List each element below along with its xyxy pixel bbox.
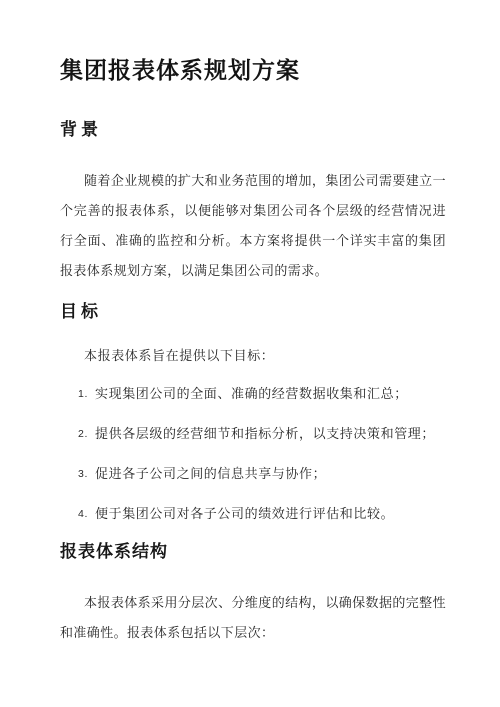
list-item: 3. 促进各子公司之间的信息共享与协作； bbox=[78, 464, 446, 484]
list-item-number: 2. bbox=[78, 424, 95, 444]
section-heading-goals: 目标 bbox=[60, 302, 446, 322]
list-item-text: 促进各子公司之间的信息共享与协作； bbox=[95, 464, 446, 484]
list-item-text: 提供各层级的经营细节和指标分析，以支持决策和管理； bbox=[95, 424, 446, 444]
list-item: 2. 提供各层级的经营细节和指标分析，以支持决策和管理； bbox=[78, 424, 446, 444]
list-item-number: 1. bbox=[78, 384, 95, 404]
section-heading-structure: 报表体系结构 bbox=[60, 542, 446, 562]
background-paragraph: 随着企业规模的扩大和业务范围的增加，集团公司需要建立一个完善的报表体系，以便能够… bbox=[60, 166, 446, 286]
goals-intro: 本报表体系旨在提供以下目标： bbox=[60, 346, 446, 366]
list-item-number: 3. bbox=[78, 464, 95, 484]
list-item-text: 便于集团公司对各子公司的绩效进行评估和比较。 bbox=[95, 504, 446, 524]
list-item-text: 实现集团公司的全面、准确的经营数据收集和汇总； bbox=[95, 384, 446, 404]
list-item: 4. 便于集团公司对各子公司的绩效进行评估和比较。 bbox=[78, 504, 446, 524]
structure-paragraph: 本报表体系采用分层次、分维度的结构，以确保数据的完整性和准确性。报表体系包括以下… bbox=[60, 588, 446, 648]
document-page: 集团报表体系规划方案 背景 随着企业规模的扩大和业务范围的增加，集团公司需要建立… bbox=[0, 0, 500, 707]
goals-list: 1. 实现集团公司的全面、准确的经营数据收集和汇总； 2. 提供各层级的经营细节… bbox=[60, 384, 446, 524]
section-heading-background: 背景 bbox=[60, 120, 446, 140]
list-item: 1. 实现集团公司的全面、准确的经营数据收集和汇总； bbox=[78, 384, 446, 404]
document-title: 集团报表体系规划方案 bbox=[60, 56, 446, 86]
list-item-number: 4. bbox=[78, 504, 95, 524]
